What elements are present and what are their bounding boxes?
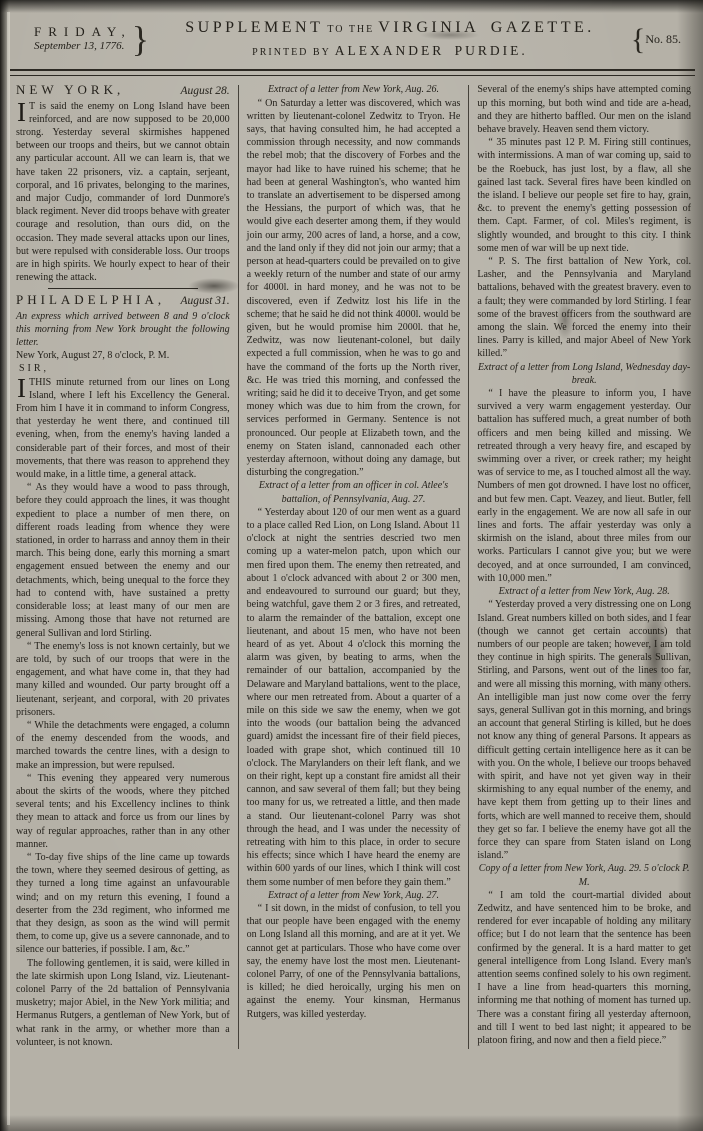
masthead-date: September 13, 1776.: [34, 40, 132, 54]
masthead-day: FRIDAY,: [34, 24, 132, 40]
printer-name: ALEXANDER PURDIE.: [335, 43, 528, 58]
column-3: Several of the enemy's ships have attemp…: [477, 83, 691, 1049]
extract-heading: Copy of a letter from New York, Aug. 29.…: [477, 862, 691, 888]
column-1: NEW YORK,August 28.IT is said the enemy …: [16, 83, 230, 1049]
article-paragraph: “ On Saturday a letter was discovered, w…: [247, 97, 461, 480]
masthead-issue: { No. 85.: [631, 26, 681, 53]
article-columns: NEW YORK,August 28.IT is said the enemy …: [0, 76, 703, 1049]
article-paragraph: “ Yesterday proved a very distressing on…: [477, 598, 691, 862]
masthead: FRIDAY, September 13, 1776. } SUPPLEMENT…: [0, 0, 703, 66]
extract-heading: Extract of a letter from Long Island, We…: [477, 361, 691, 387]
drop-cap-initial: I: [16, 100, 29, 124]
masthead-date-block: FRIDAY, September 13, 1776.: [34, 24, 132, 54]
brace-glyph: }: [132, 23, 149, 55]
article-paragraph: “ I have the pleasure to inform you, I h…: [477, 387, 691, 585]
extract-heading: Extract of a letter from New York, Aug. …: [247, 83, 461, 96]
masthead-title: SUPPLEMENT TO THE VIRGINIA GAZETTE. PRIN…: [149, 16, 631, 62]
article-paragraph: “ While the detachments were engaged, a …: [16, 719, 230, 772]
masthead-title-line2: PRINTED BY ALEXANDER PURDIE.: [149, 39, 631, 62]
salutation: SIR,: [16, 362, 230, 375]
article-paragraph: “ P. S. The first battalion of New York,…: [477, 255, 691, 361]
extract-heading: Extract of a letter from an officer in c…: [247, 479, 461, 505]
issue-number: No. 85.: [645, 32, 681, 47]
letter-dateline: New York, August 27, 8 o'clock, P. M.: [16, 349, 230, 362]
column-divider: [468, 85, 469, 1049]
masthead-rule: [10, 69, 695, 76]
article-paragraph: “ I am told the court-martial divided ab…: [477, 889, 691, 1047]
scan-edge-highlight: [7, 12, 10, 1125]
title-to-the: TO THE: [327, 24, 374, 35]
section-divider: [48, 288, 198, 289]
extract-heading: Extract of a letter from New York, Aug. …: [247, 889, 461, 902]
article-paragraph: “ To-day five ships of the line came up …: [16, 851, 230, 957]
article-paragraph: The following gentlemen, it is said, wer…: [16, 957, 230, 1049]
article-paragraph: “ I sit down, in the midst of confusion,…: [247, 902, 461, 1021]
article-paragraph: “ Yesterday about 120 of our men went as…: [247, 506, 461, 889]
column-2: Extract of a letter from New York, Aug. …: [247, 83, 461, 1049]
section-dateline: NEW YORK,August 28.: [16, 83, 230, 98]
article-paragraph: “ This evening they appeared very numero…: [16, 772, 230, 851]
article-paragraph-continued: Several of the enemy's ships have attemp…: [477, 83, 691, 136]
newspaper-page: FRIDAY, September 13, 1776. } SUPPLEMENT…: [0, 0, 703, 1131]
article-paragraph: “ As they would have a wood to pass thro…: [16, 481, 230, 639]
drop-cap-initial: I: [16, 376, 29, 400]
column-divider: [238, 85, 239, 1049]
extract-heading: Extract of a letter from New York, Aug. …: [477, 585, 691, 598]
article-paragraph: IT is said the enemy on Long Island have…: [16, 100, 230, 285]
title-gazette: VIRGINIA GAZETTE.: [378, 19, 594, 36]
printer-label: PRINTED BY: [252, 47, 331, 58]
article-paragraph: ITHIS minute returned from our lines on …: [16, 376, 230, 482]
brace-glyph: {: [631, 26, 645, 53]
editorial-note: An express which arrived between 8 and 9…: [16, 310, 230, 350]
section-dateline: PHILADELPHIA,August 31.: [16, 293, 230, 308]
masthead-title-line1: SUPPLEMENT TO THE VIRGINIA GAZETTE.: [149, 16, 631, 39]
article-paragraph: “ 35 minutes past 12 P. M. Firing still …: [477, 136, 691, 255]
article-paragraph: “ The enemy's loss is not known certainl…: [16, 640, 230, 719]
title-supplement: SUPPLEMENT: [185, 19, 323, 36]
